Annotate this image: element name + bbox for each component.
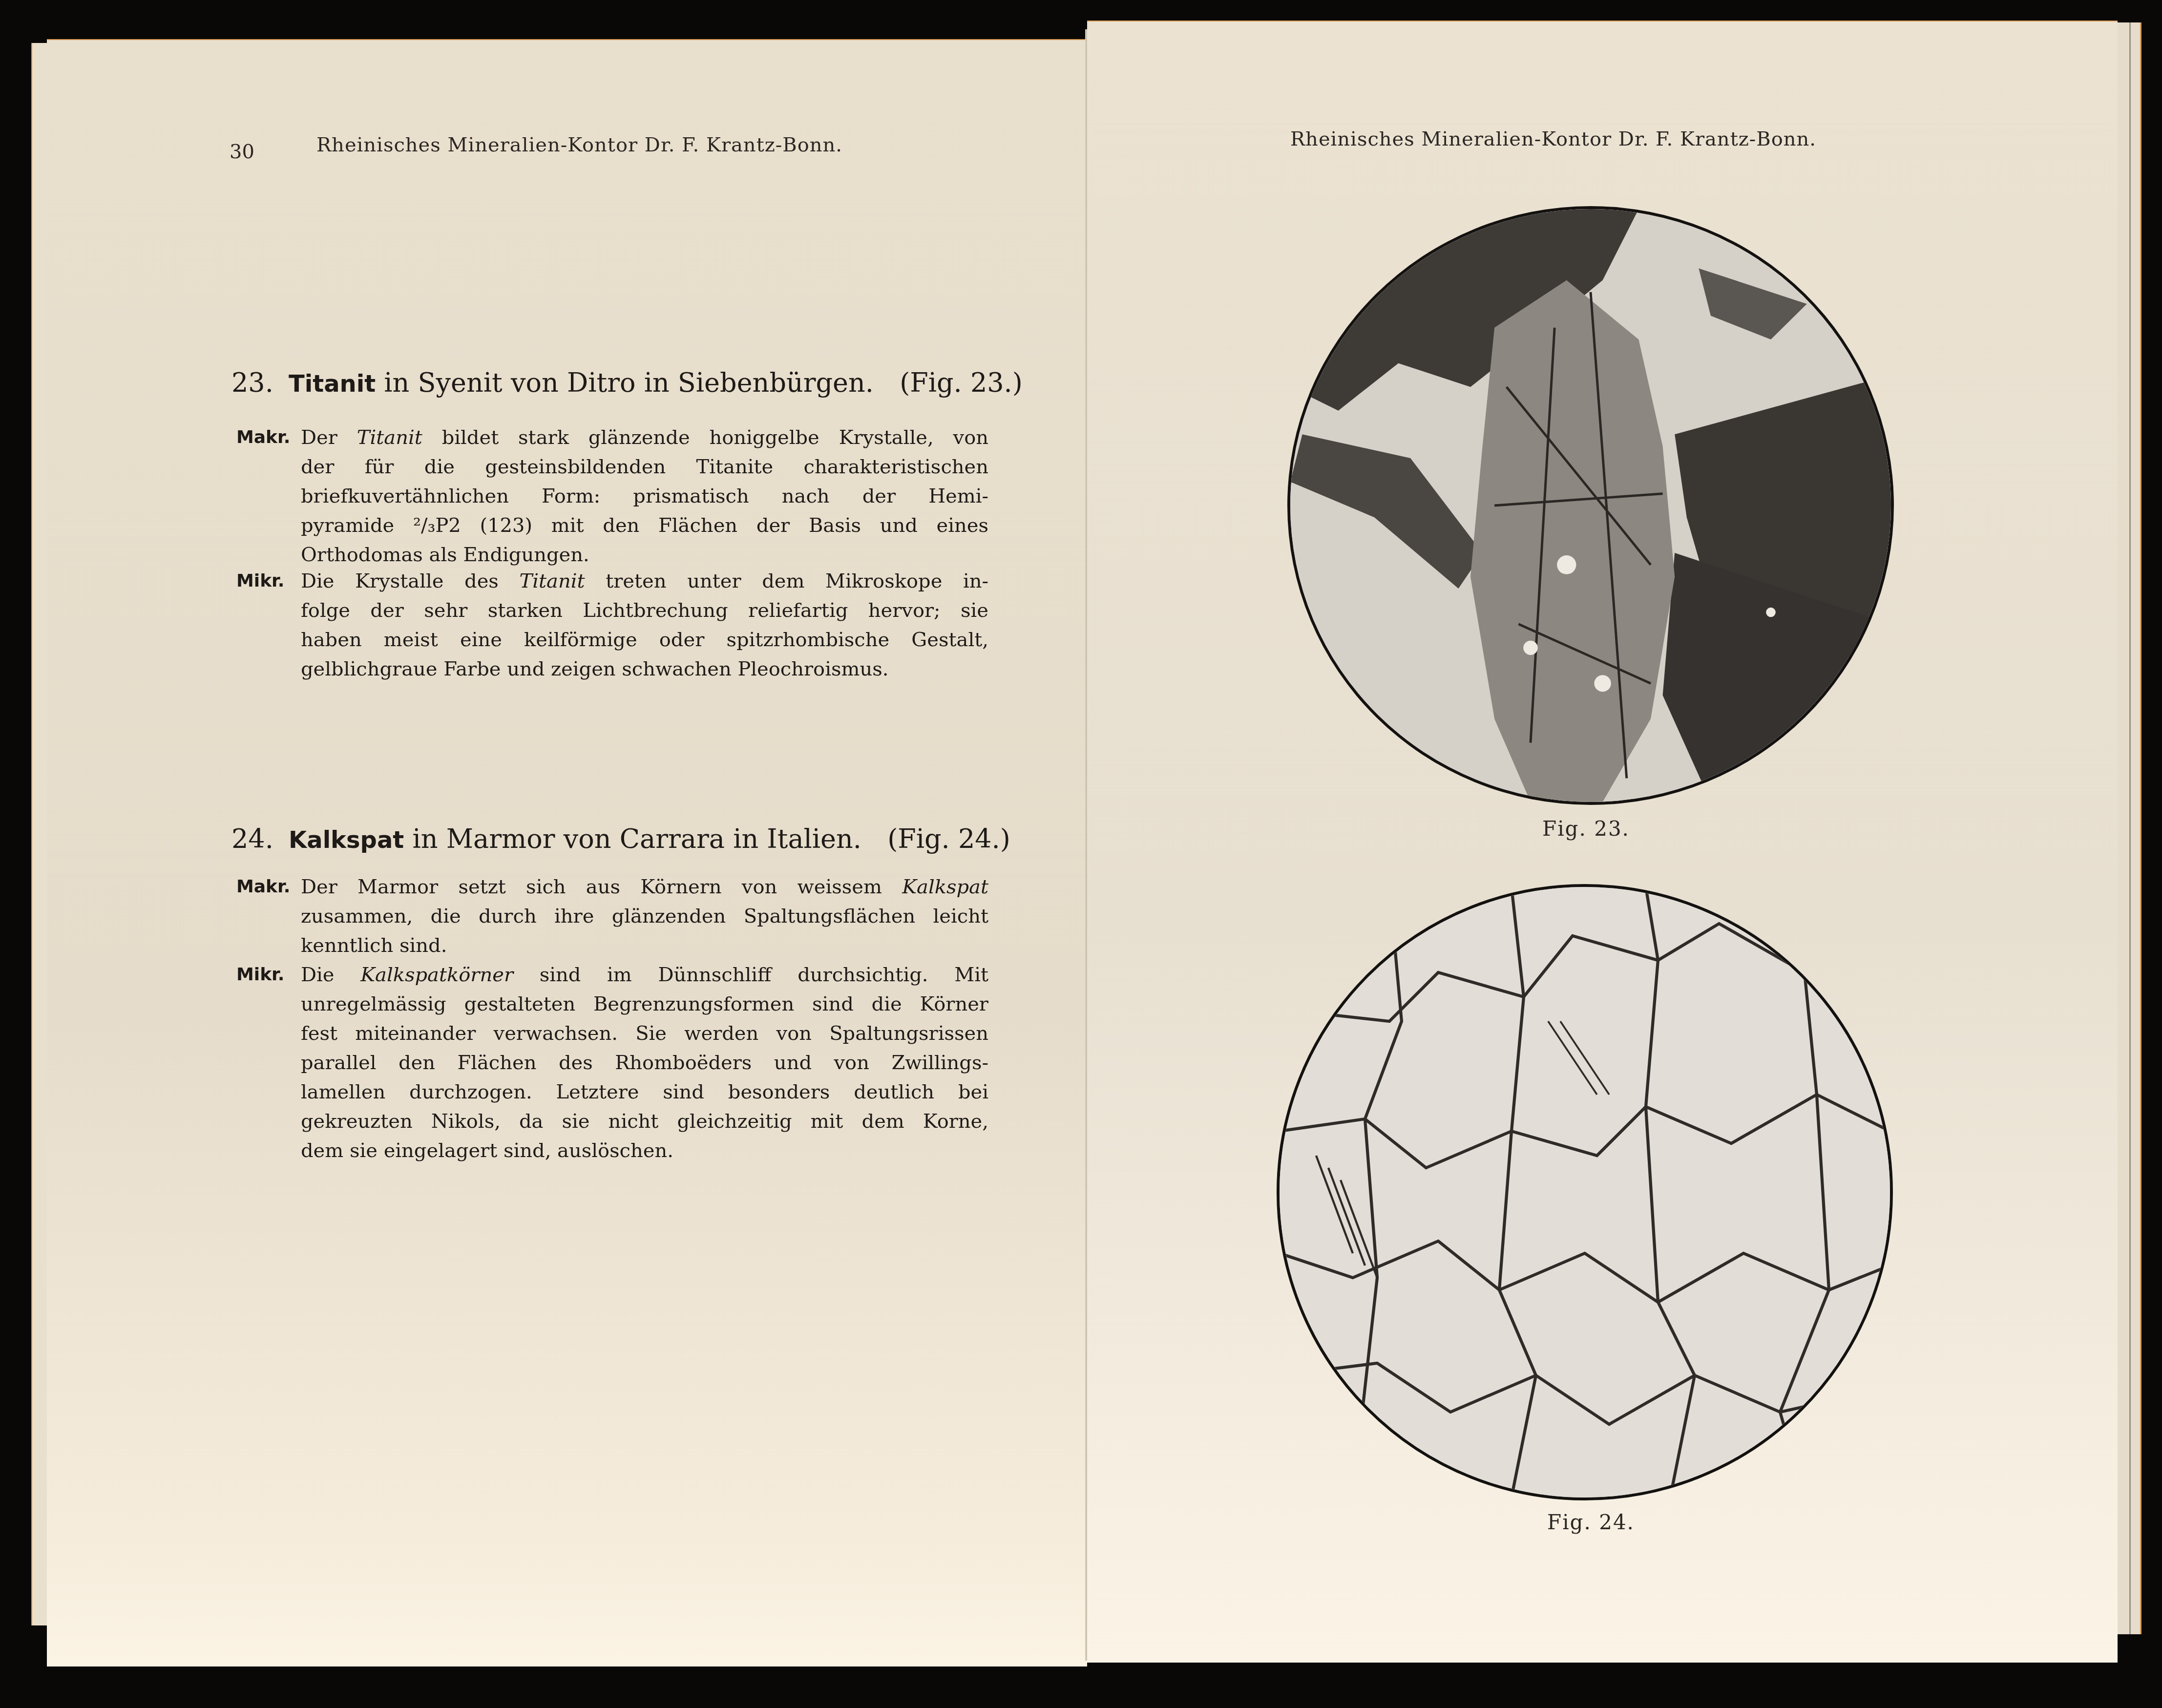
entry-24-title: 24. Kalkspat in Marmor von Carrara in It… [231, 823, 1010, 854]
text-line: kenntlich sind. [301, 931, 988, 960]
entry-24-makr-paragraph: Makr. Der Marmor setzt sich aus Körnern … [236, 872, 988, 960]
text-line: haben meist eine keilförmige oder spitzr… [301, 625, 988, 654]
text-line: zusammen, die durch ihre glänzenden Spal… [301, 902, 988, 931]
figure-23-caption: Fig. 23. [1542, 817, 1630, 841]
text-line: lamellen durchzogen. Letztere sind beson… [301, 1077, 988, 1107]
text-line: Die Kalkspatkörner sind im Dünnschliff d… [301, 960, 988, 990]
paragraph-label: Mikr. [236, 960, 284, 990]
titanite-thin-section-image [1290, 209, 1891, 802]
right-page-stack-edge [2115, 22, 2141, 1634]
paragraph-label: Makr. [236, 423, 290, 452]
page-number: 30 [230, 141, 254, 163]
paragraph-label: Mikr. [236, 567, 284, 596]
figure-23-micrograph [1287, 206, 1894, 805]
figure-reference: (Fig. 23.) [900, 367, 1023, 398]
italic-term: Kalkspatkörner [360, 964, 513, 986]
left-running-head: Rheinisches Mineralien-Kontor Dr. F. Kra… [316, 134, 842, 156]
text-line: pyramide ²/₃P2 (123) mit den Flächen der… [301, 511, 988, 540]
italic-term: Kalkspat [902, 876, 988, 898]
paragraph-label: Makr. [236, 872, 290, 902]
text-line: unregelmässig gestalteten Begrenzungsfor… [301, 990, 988, 1019]
entry-23-title: 23. Titanit in Syenit von Ditro in Siebe… [231, 367, 1023, 398]
text-line: parallel den Flächen des Rhomboëders und… [301, 1048, 988, 1077]
text-line: Orthodomas als Endigungen. [301, 540, 988, 569]
mineral-name: Titanit [289, 370, 376, 398]
entry-24-mikr-paragraph: Mikr. Die Kalkspatkörner sind im Dünnsch… [236, 960, 988, 1165]
text-line: gelblichgraue Farbe und zeigen schwachen… [301, 654, 988, 684]
entry-number: 24. [231, 823, 273, 854]
calcite-marble-thin-section-image [1280, 887, 1890, 1497]
mineral-name: Kalkspat [289, 826, 404, 854]
text-line: Die Krystalle des Titanit treten unter d… [301, 567, 988, 596]
entry-locality: in Marmor von Carrara in Italien. [412, 823, 861, 854]
italic-term: Titanit [357, 426, 422, 449]
figure-24-caption: Fig. 24. [1547, 1510, 1635, 1534]
text-line: folge der sehr starken Lichtbrechung rel… [301, 596, 988, 625]
entry-23-makr-paragraph: Makr. Der Titanit bildet stark glänzende… [236, 423, 988, 569]
text-line: Der Titanit bildet stark glänzende honig… [301, 423, 988, 452]
entry-number: 23. [231, 367, 273, 398]
text-line: Der Marmor setzt sich aus Körnern von we… [301, 872, 988, 902]
text-line: der für die gesteinsbildenden Titanite c… [301, 452, 988, 482]
text-line: fest miteinander verwachsen. Sie werden … [301, 1019, 988, 1048]
text-line: dem sie eingelagert sind, auslöschen. [301, 1136, 988, 1165]
italic-term: Titanit [520, 570, 585, 592]
figure-reference: (Fig. 24.) [887, 823, 1010, 854]
figure-24-micrograph [1277, 884, 1893, 1500]
entry-locality: in Syenit von Ditro in Siebenbürgen. [384, 367, 874, 398]
text-line: gekreuzten Nikols, da sie nicht gleichze… [301, 1107, 988, 1136]
right-running-head: Rheinisches Mineralien-Kontor Dr. F. Kra… [1290, 128, 1816, 150]
text-line: briefkuvertähnlichen Form: prismatisch n… [301, 482, 988, 511]
entry-23-mikr-paragraph: Mikr. Die Krystalle des Titanit treten u… [236, 567, 988, 684]
